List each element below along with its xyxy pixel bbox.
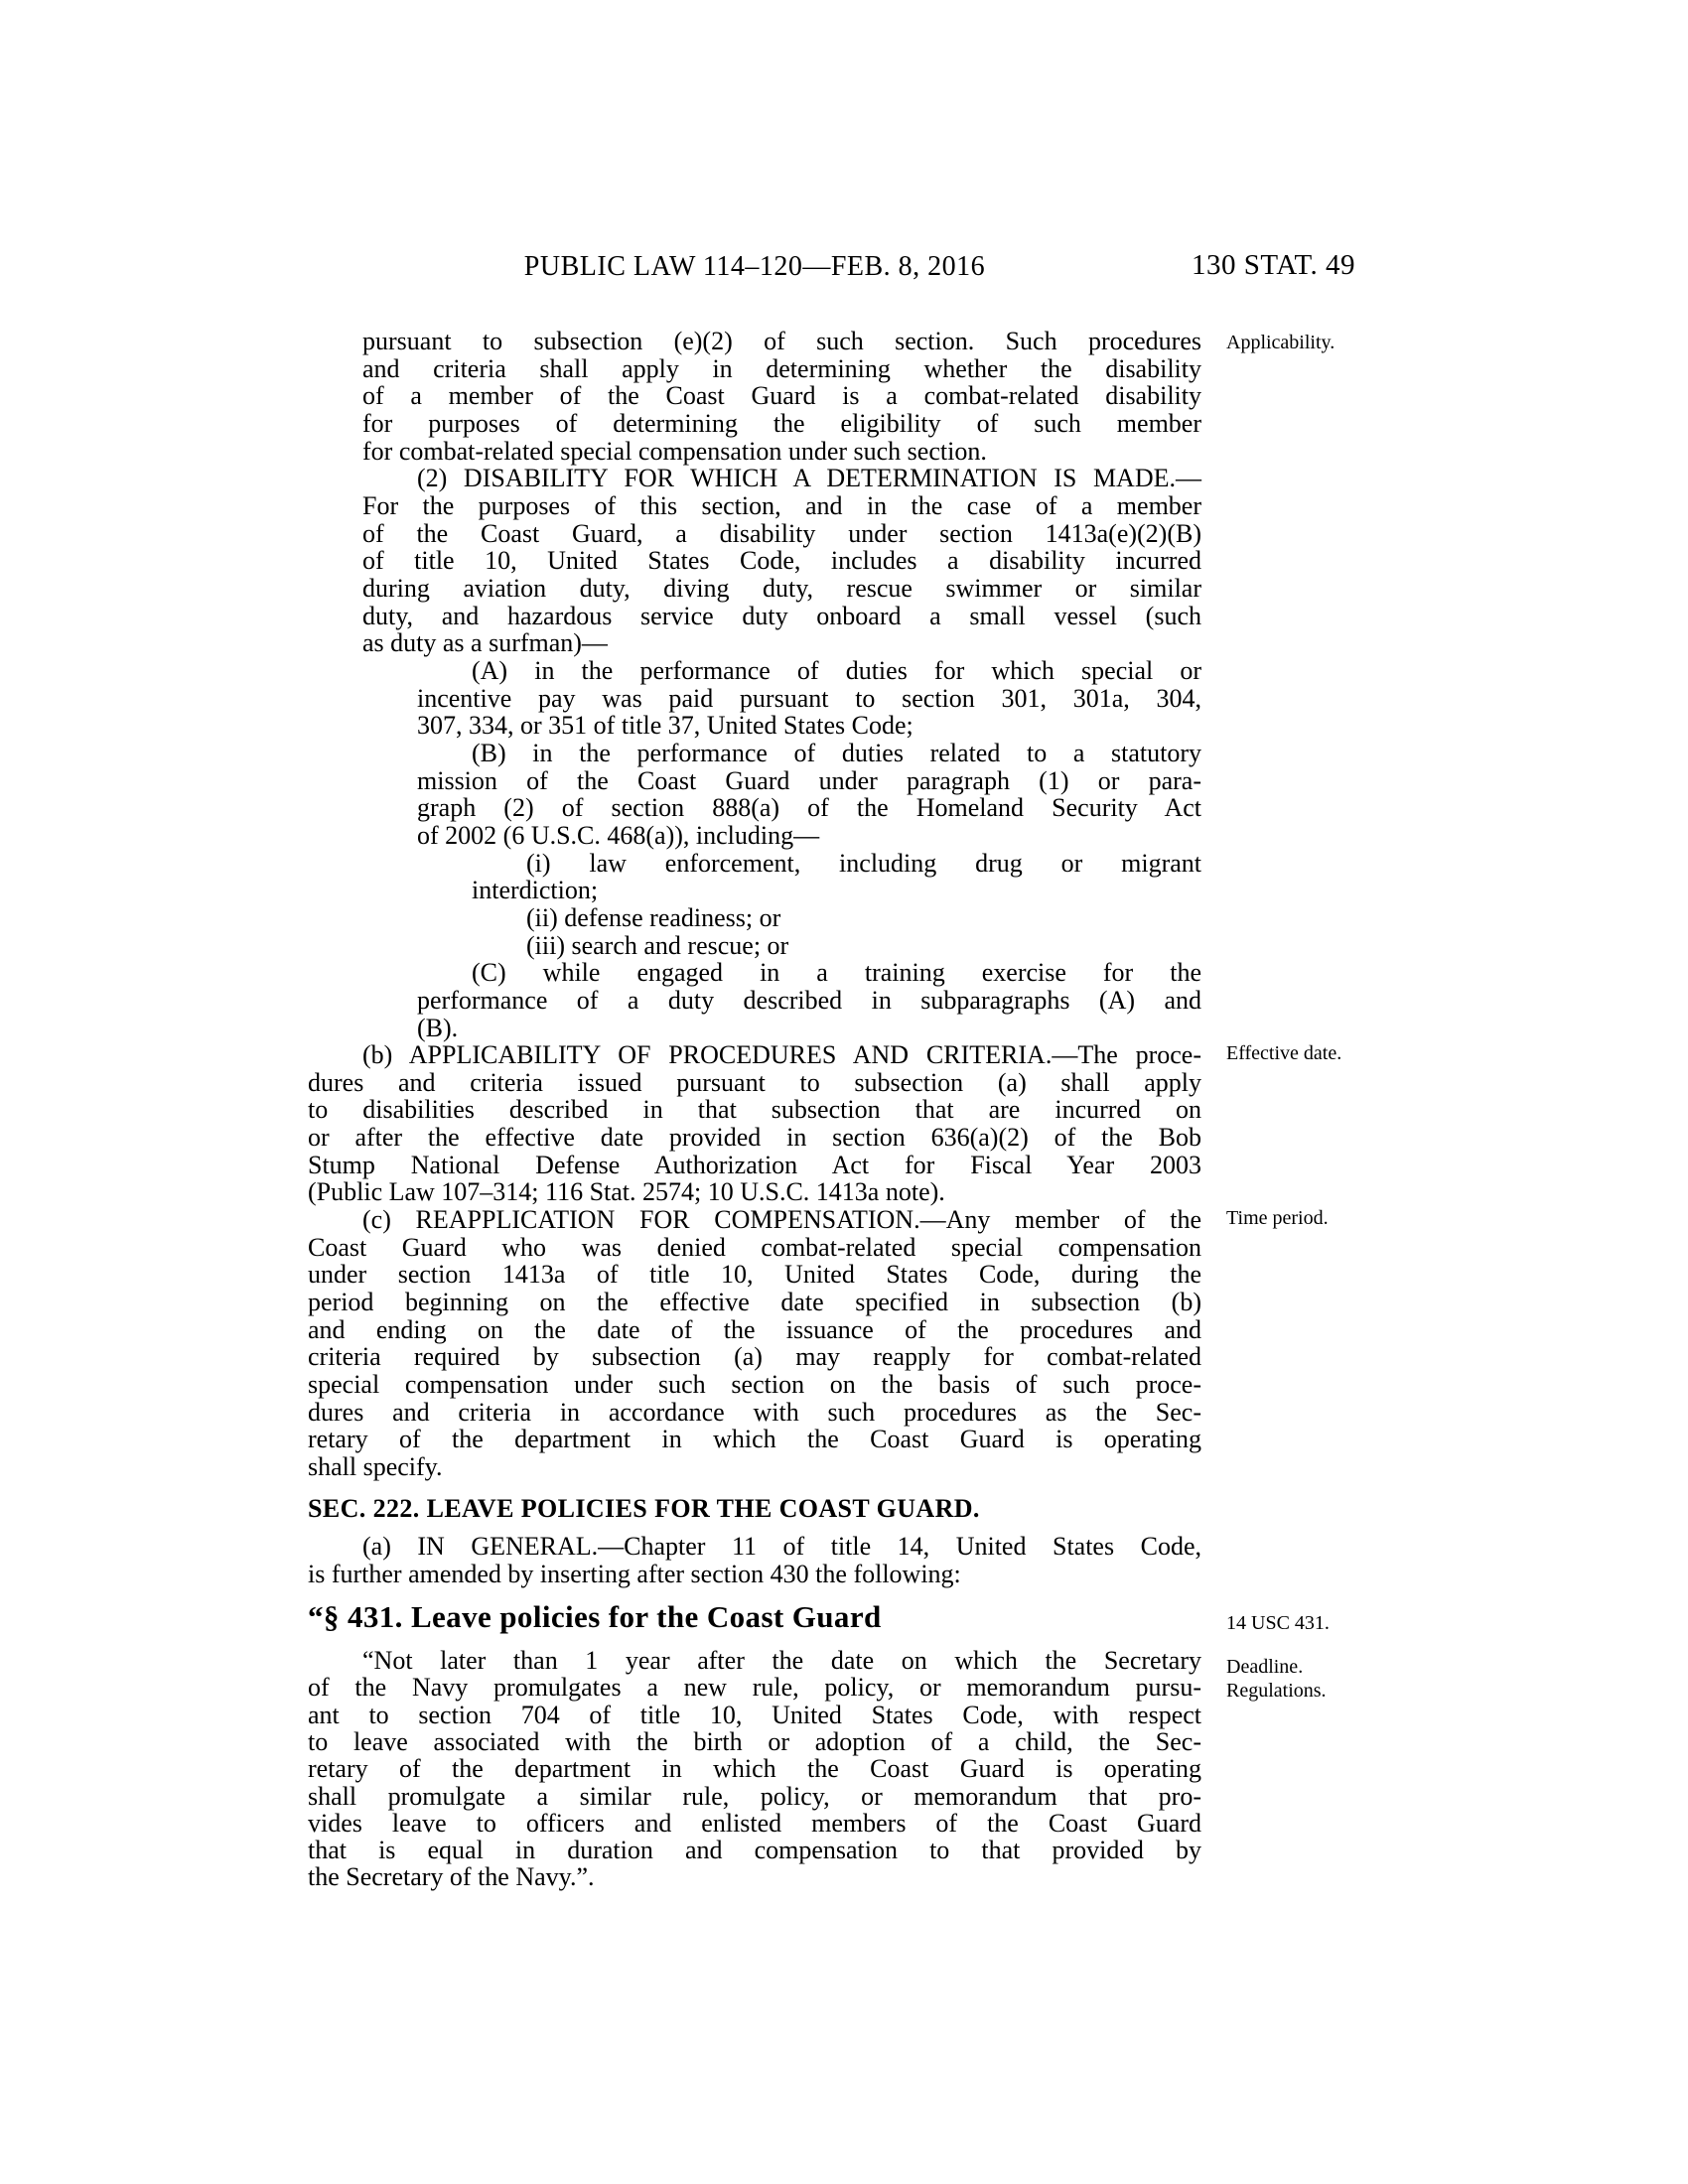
text-line: (a) IN GENERAL.—Chapter 11 of title 14, … <box>308 1533 1201 1561</box>
text-line: For the purposes of this section, and in… <box>308 492 1201 520</box>
text-line: (B). <box>308 1015 1201 1042</box>
text-line: to disabilities described in that subsec… <box>308 1096 1201 1124</box>
text-line: for purposes of determining the eligibil… <box>308 410 1201 438</box>
text-line: of title 10, United States Code, include… <box>308 547 1201 575</box>
text-line: graph (2) of section 888(a) of the Homel… <box>308 794 1201 822</box>
header-stat-page-number: 130 STAT. 49 <box>1192 250 1355 282</box>
header-law-title: PUBLIC LAW 114–120—FEB. 8, 2016 <box>308 252 1201 283</box>
text-line: (2) DISABILITY FOR WHICH A DETERMINATION… <box>308 465 1201 492</box>
text-line: (b) APPLICABILITY OF PROCEDURES AND CRIT… <box>308 1041 1201 1069</box>
text-line: (c) REAPPLICATION FOR COMPENSATION.—Any … <box>308 1206 1201 1234</box>
text-line: under section 1413a of title 10, United … <box>308 1261 1201 1289</box>
text-line: dures and criteria in accordance with su… <box>308 1399 1201 1427</box>
text-line: (ii) defense readiness; or <box>308 904 1201 932</box>
text-line: 307, 334, or 351 of title 37, United Sta… <box>308 712 1201 740</box>
text-line: as duty as a surfman)— <box>308 629 1201 657</box>
text-line: vides leave to officers and enlisted mem… <box>308 1810 1201 1838</box>
margin-note: Time period. <box>1226 1206 1445 1230</box>
text-line: to leave associated with the birth or ad… <box>308 1728 1201 1756</box>
text-line: shall specify. <box>308 1453 1201 1481</box>
margin-note: Applicability. <box>1226 331 1445 354</box>
text-line: interdiction; <box>308 877 1201 904</box>
text-line: for combat-related special compensation … <box>308 438 1201 466</box>
text-line: (Public Law 107–314; 116 Stat. 2574; 10 … <box>308 1178 1201 1206</box>
text-line: period beginning on the effective date s… <box>308 1289 1201 1316</box>
text-line: that is equal in duration and compensati… <box>308 1837 1201 1864</box>
margin-note: Effective date. <box>1226 1041 1445 1065</box>
text-line: is further amended by inserting after se… <box>308 1561 1201 1588</box>
statute-page: PUBLIC LAW 114–120—FEB. 8, 2016 130 STAT… <box>0 0 1688 2184</box>
text-line: of the Coast Guard, a disability under s… <box>308 520 1201 548</box>
text-line: Coast Guard who was denied combat-relate… <box>308 1234 1201 1262</box>
text-line: (B) in the performance of duties related… <box>308 740 1201 767</box>
text-line: and criteria shall apply in determining … <box>308 355 1201 383</box>
usc-section-431-heading: “§ 431. Leave policies for the Coast Gua… <box>308 1600 1221 1634</box>
text-line: duty, and hazardous service duty onboard… <box>308 603 1201 630</box>
text-line: Stump National Defense Authorization Act… <box>308 1152 1201 1179</box>
text-line: or after the effective date provided in … <box>308 1124 1201 1152</box>
text-line: (C) while engaged in a training exercise… <box>308 959 1201 987</box>
text-line: (i) law enforcement, including drug or m… <box>308 850 1201 878</box>
text-line: (iii) search and rescue; or <box>308 932 1201 960</box>
text-line: ant to section 704 of title 10, United S… <box>308 1702 1201 1729</box>
text-line: mission of the Coast Guard under paragra… <box>308 767 1201 795</box>
text-line: criteria required by subsection (a) may … <box>308 1343 1201 1371</box>
text-line: retary of the department in which the Co… <box>308 1426 1201 1453</box>
text-line: of the Navy promulgates a new rule, poli… <box>308 1674 1201 1702</box>
section-222-heading: SEC. 222. LEAVE POLICIES FOR THE COAST G… <box>308 1495 1201 1524</box>
text-line: performance of a duty described in subpa… <box>308 987 1201 1015</box>
text-line: shall promulgate a similar rule, policy,… <box>308 1783 1201 1811</box>
text-line: special compensation under such section … <box>308 1371 1201 1399</box>
margin-note: Regulations. <box>1226 1679 1445 1703</box>
text-line: incentive pay was paid pursuant to secti… <box>308 685 1201 713</box>
text-line: dures and criteria issued pursuant to su… <box>308 1069 1201 1097</box>
text-line: the Secretary of the Navy.”. <box>308 1863 1201 1891</box>
text-line: and ending on the date of the issuance o… <box>308 1316 1201 1344</box>
margin-note: 14 USC 431. <box>1226 1611 1445 1635</box>
text-line: pursuant to subsection (e)(2) of such se… <box>308 328 1201 355</box>
text-line: during aviation duty, diving duty, rescu… <box>308 575 1201 603</box>
text-line: “Not later than 1 year after the date on… <box>308 1647 1201 1675</box>
text-line: of a member of the Coast Guard is a comb… <box>308 382 1201 410</box>
text-line: (A) in the performance of duties for whi… <box>308 657 1201 685</box>
text-line: retary of the department in which the Co… <box>308 1755 1201 1783</box>
margin-note: Deadline. <box>1226 1655 1445 1679</box>
text-line: of 2002 (6 U.S.C. 468(a)), including— <box>308 822 1201 850</box>
